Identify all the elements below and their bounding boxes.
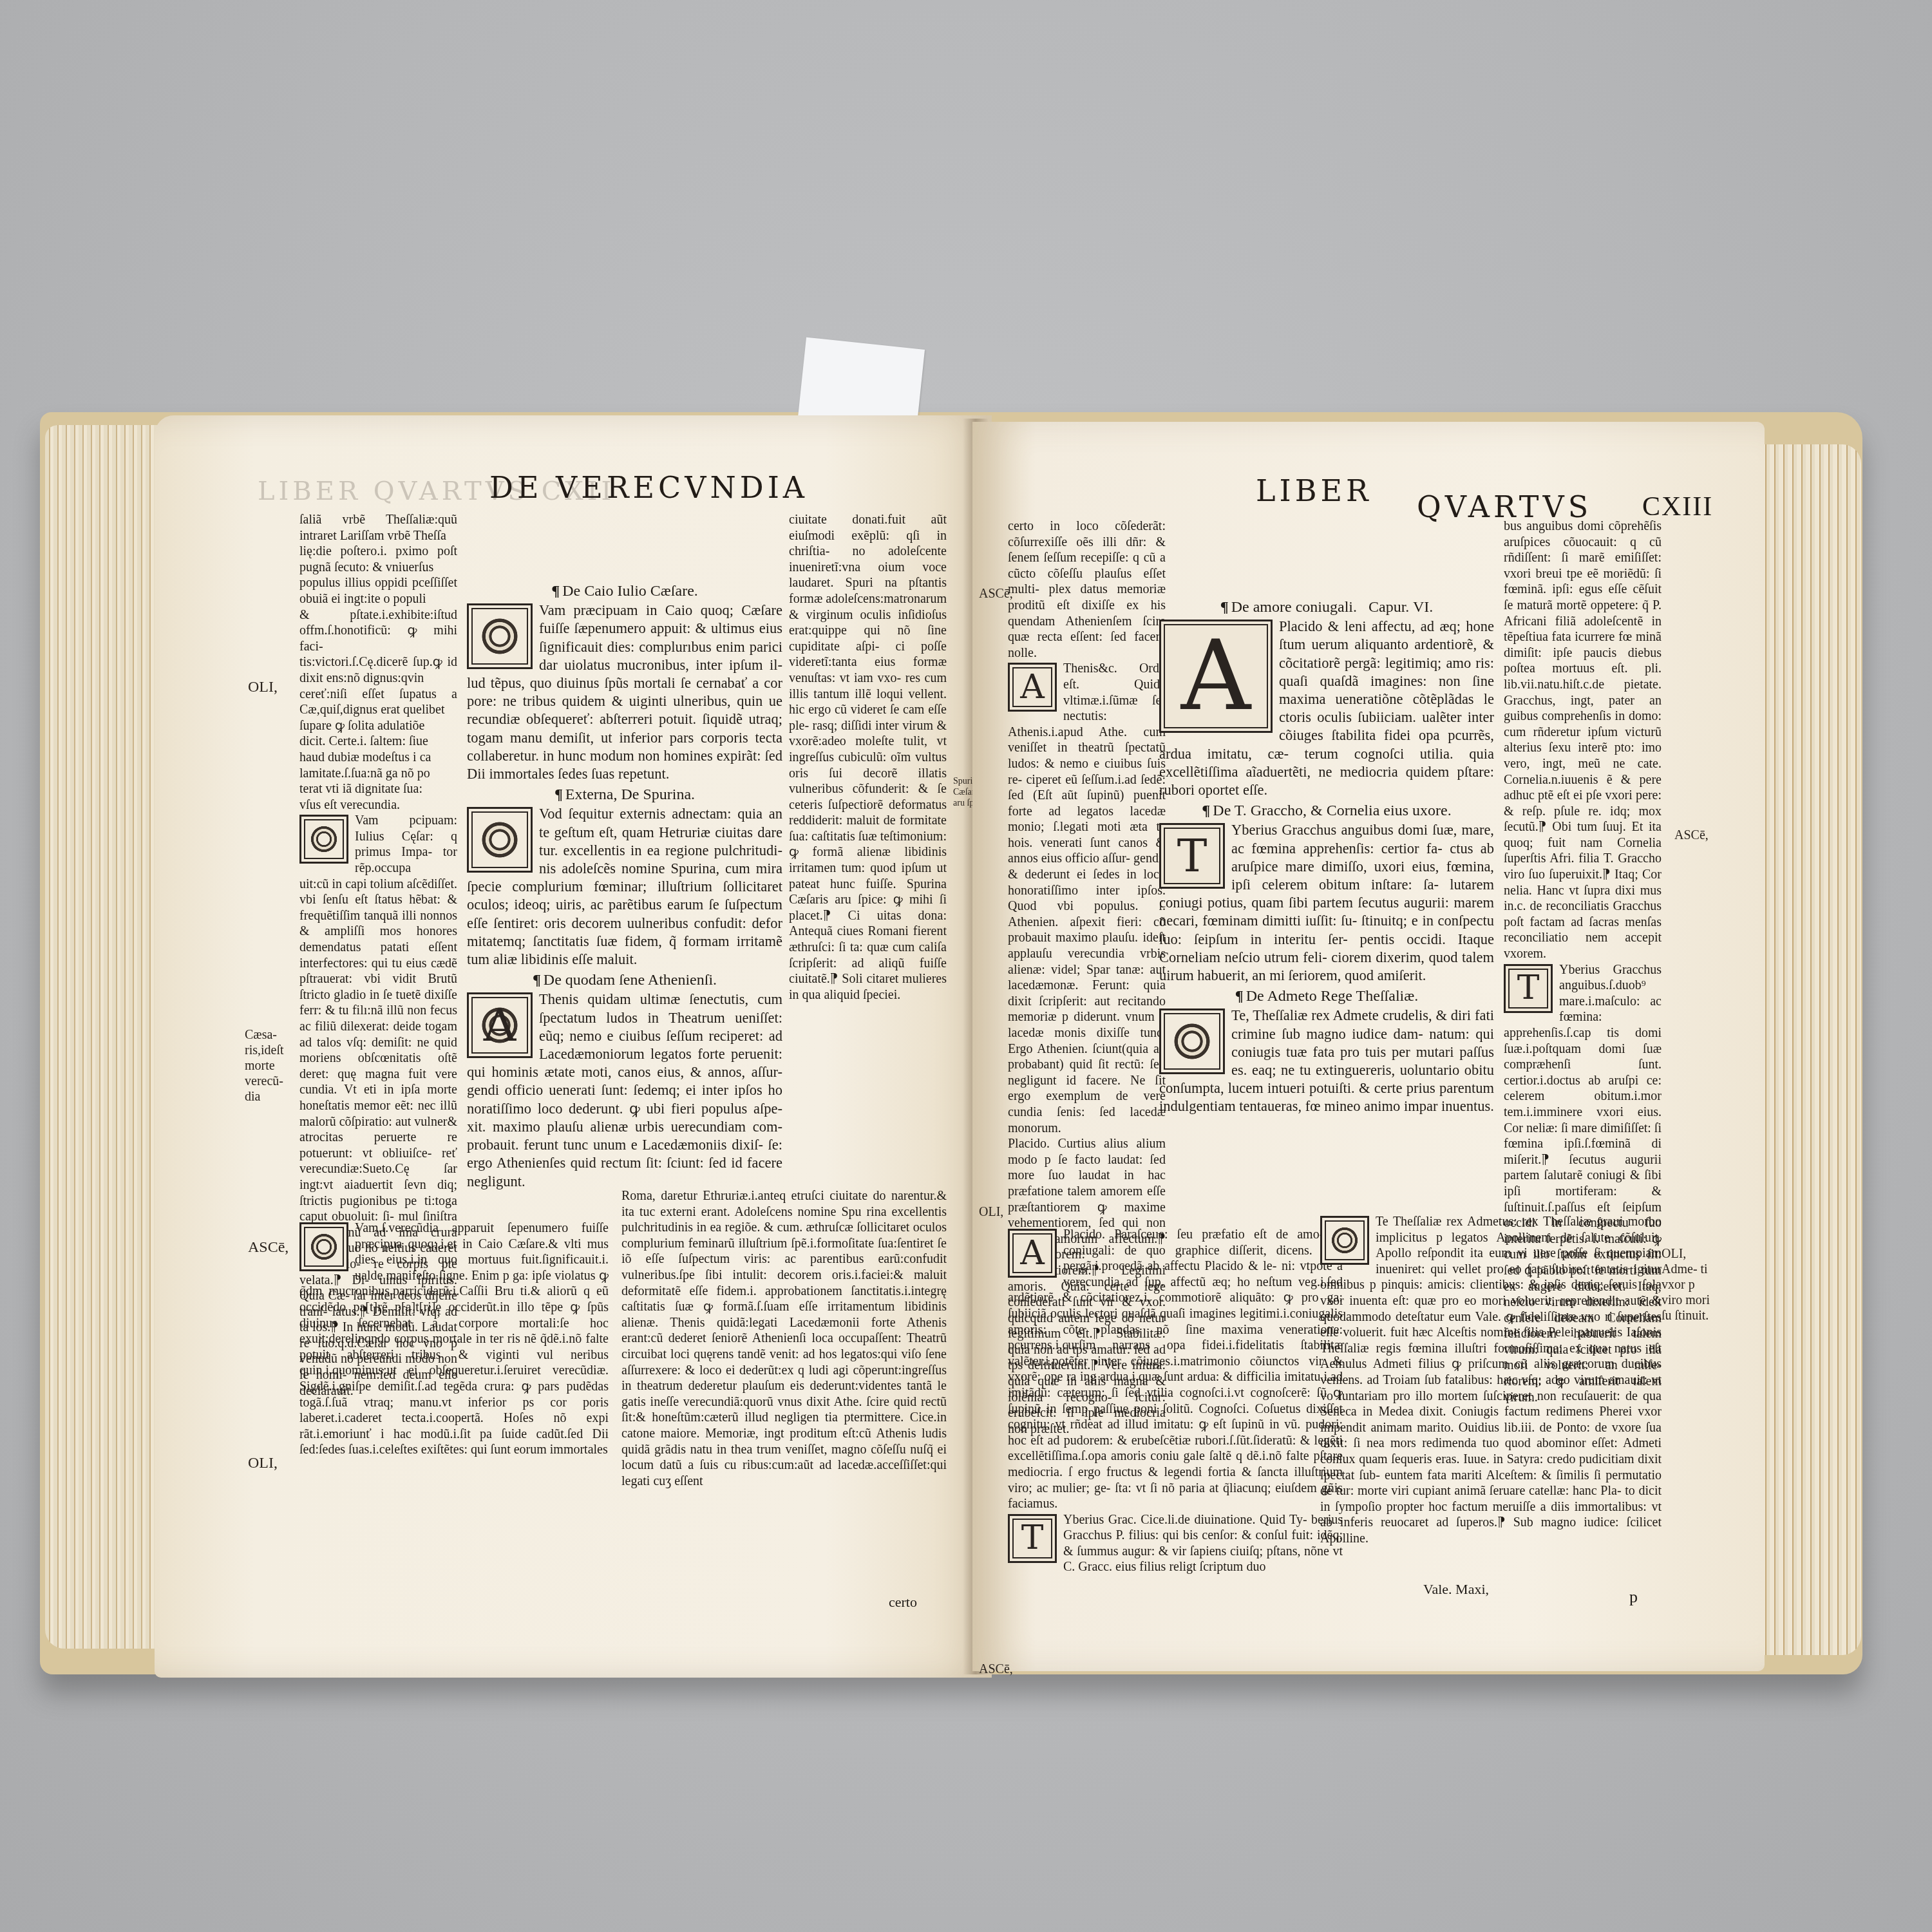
text-line: dicit. Certe.i. ſaltem: ſiue (299, 734, 457, 750)
pilcrow-icon: ¶ (1235, 988, 1244, 1005)
main-text-column-left: ¶De Caio Iulio Cæſare. Q Vam præcipuam i… (467, 580, 782, 1191)
decorated-initial-o-ornament: O (1159, 1009, 1225, 1074)
book-photograph: LIBER QVARTVS CXII DE VERECVNDIA OLI, Cæ… (0, 0, 1932, 1932)
decorated-initial-q-ornament: Q (467, 807, 533, 873)
decorated-initial-a: A (467, 992, 533, 1058)
text-block: Thenis&c. Ordo eſt. Quidã vltimæ.i.ſũmæ … (1008, 661, 1166, 1136)
running-head-left: DE VERECVNDIA (489, 470, 808, 505)
text-line: lamitate.ſ.ſua:nã ga nõ po (299, 766, 457, 782)
chapter-number: Capur. VI. (1368, 599, 1433, 616)
pilcrow-icon: ¶ (533, 972, 541, 989)
margin-note: ASCē, (979, 1662, 1013, 1677)
running-head-liber: LIBER (1256, 473, 1372, 508)
text-block: Te Theſſaliæ rex Admetus: rex Theſſaliæ … (1320, 1214, 1662, 1546)
section-heading: ¶De amore coniugali. Capur. VI. (1159, 598, 1494, 616)
decorated-initial-q-ornament: Q (467, 603, 533, 669)
text-line: populus illius oppidi pceſſiſſet obuiã e… (299, 575, 457, 607)
margin-note: OLI, (979, 1204, 1003, 1220)
folio-number: CXIII (1642, 491, 1713, 522)
page-edges-right (1752, 444, 1861, 1655)
text-block: certo in loco cõſederãt: cõſurrexiſſe oẽ… (1008, 518, 1166, 661)
section-heading: ¶Externa, De Spurina. (467, 786, 782, 804)
large-initial-a: A (1159, 620, 1273, 733)
text-block: ciuitate donati.fuit aũt eiuſmodi exẽplũ… (789, 512, 947, 1003)
catchword: certo (889, 1594, 917, 1611)
decorated-initial-t: T (1159, 823, 1225, 889)
margin-note: OLI, Adme- ti vxor p viro mori ſu ſtinui… (1662, 1246, 1713, 1323)
decorated-initial-q-ornament: Q (299, 815, 348, 864)
commentary-block-lower-right: Roma, daretur Ethruriæ.i.anteq etruſci c… (621, 1188, 947, 1489)
text-line: ſupare ꝙ ſolita adulatiõe (299, 718, 457, 734)
main-text-column-right: ¶De amore coniugali. Capur. VI. A Placid… (1159, 596, 1494, 1116)
margin-note: OLI, (248, 679, 278, 695)
commentary-column-right: ciuitate donati.fuit aũt eiuſmodi exẽplũ… (789, 512, 947, 1003)
text-block: bus anguibus domi cõprehẽſis aruſpices c… (1504, 518, 1662, 962)
decorated-initial-q-ornament: Q (299, 1222, 348, 1271)
text-line: & pſtate.i.exhibite:iſtud offm.ſ.honotif… (299, 607, 457, 655)
footer-attribution: Vale. Maxi, (1423, 1581, 1489, 1598)
commentary-block-lower-right: O Te Theſſaliæ rex Admetus: rex Theſſali… (1320, 1214, 1662, 1546)
left-page: LIBER QVARTVS CXII DE VERECVNDIA OLI, Cæ… (155, 415, 992, 1678)
decorated-initial-a: A (1008, 663, 1057, 712)
text-line: cereť:niſi eſſet ſupatus a Cæ,quiſ,dignu… (299, 687, 457, 718)
text-block: Roma, daretur Ethruriæ.i.anteq etruſci c… (621, 1188, 947, 1489)
text-block: Placido. Paraſceue: ſeu præfatio eſt de … (1008, 1227, 1343, 1512)
text-line: haud dubiæ modeſtus i ca (299, 750, 457, 766)
text-block: Yberius Grac. Cice.li.de diuinatione. Qu… (1008, 1512, 1343, 1575)
page-edges-left (45, 425, 167, 1649)
decorated-initial-a: A (1008, 1229, 1057, 1278)
text-line: tis:victori.ſ.Cę.dicerẽ ſup.ꝙ id dixit e… (299, 654, 457, 686)
pilcrow-icon: ¶ (554, 786, 563, 803)
pilcrow-icon: ¶ (551, 583, 560, 600)
text-line: terat vti iã dignitate ſua: (299, 781, 457, 797)
commentary-block-lower-left: A Placido. Paraſceue: ſeu præfatio eſt d… (1008, 1227, 1343, 1575)
signature-mark: p (1629, 1587, 1638, 1607)
decorated-initial-t: T (1008, 1514, 1057, 1563)
margin-note: ASCē, (248, 1240, 289, 1255)
text-line: vſus eſt verecundia. (299, 797, 457, 813)
section-heading: ¶De T. Graccho, & Cornelia eius uxore. (1159, 802, 1494, 820)
text-line: lię:die poſtero.i. pximo poſt pugnã ſecu… (299, 544, 457, 575)
right-page: LIBER QVARTVS CXIII ASCē, OLI, ASCē, OLI… (972, 422, 1765, 1671)
section-heading: ¶De Caio Iulio Cæſare. (467, 582, 782, 600)
commentary-block-lower-left: Q Vam.ſ.verecũdia apparuit ſepenumero fu… (299, 1220, 609, 1458)
text-line: ſaliã vrbẽ Theſſaliæ:quũ intraret Lariſſ… (299, 512, 457, 544)
margin-note: ASCē, (1674, 828, 1709, 843)
pilcrow-icon: ¶ (1220, 599, 1229, 616)
section-heading: ¶De Admeto Rege Theſſaliæ. (1159, 987, 1494, 1005)
margin-note: Cæsa- ris,ideſt morte verecũ- dia (245, 1027, 290, 1104)
decorated-initial-t: T (1504, 964, 1553, 1013)
pilcrow-icon: ¶ (1202, 802, 1210, 819)
section-heading: ¶De quodam ſene Athenienſi. (467, 971, 782, 989)
decorated-initial-o-ornament: O (1320, 1216, 1369, 1265)
margin-note: OLI, (248, 1455, 278, 1471)
